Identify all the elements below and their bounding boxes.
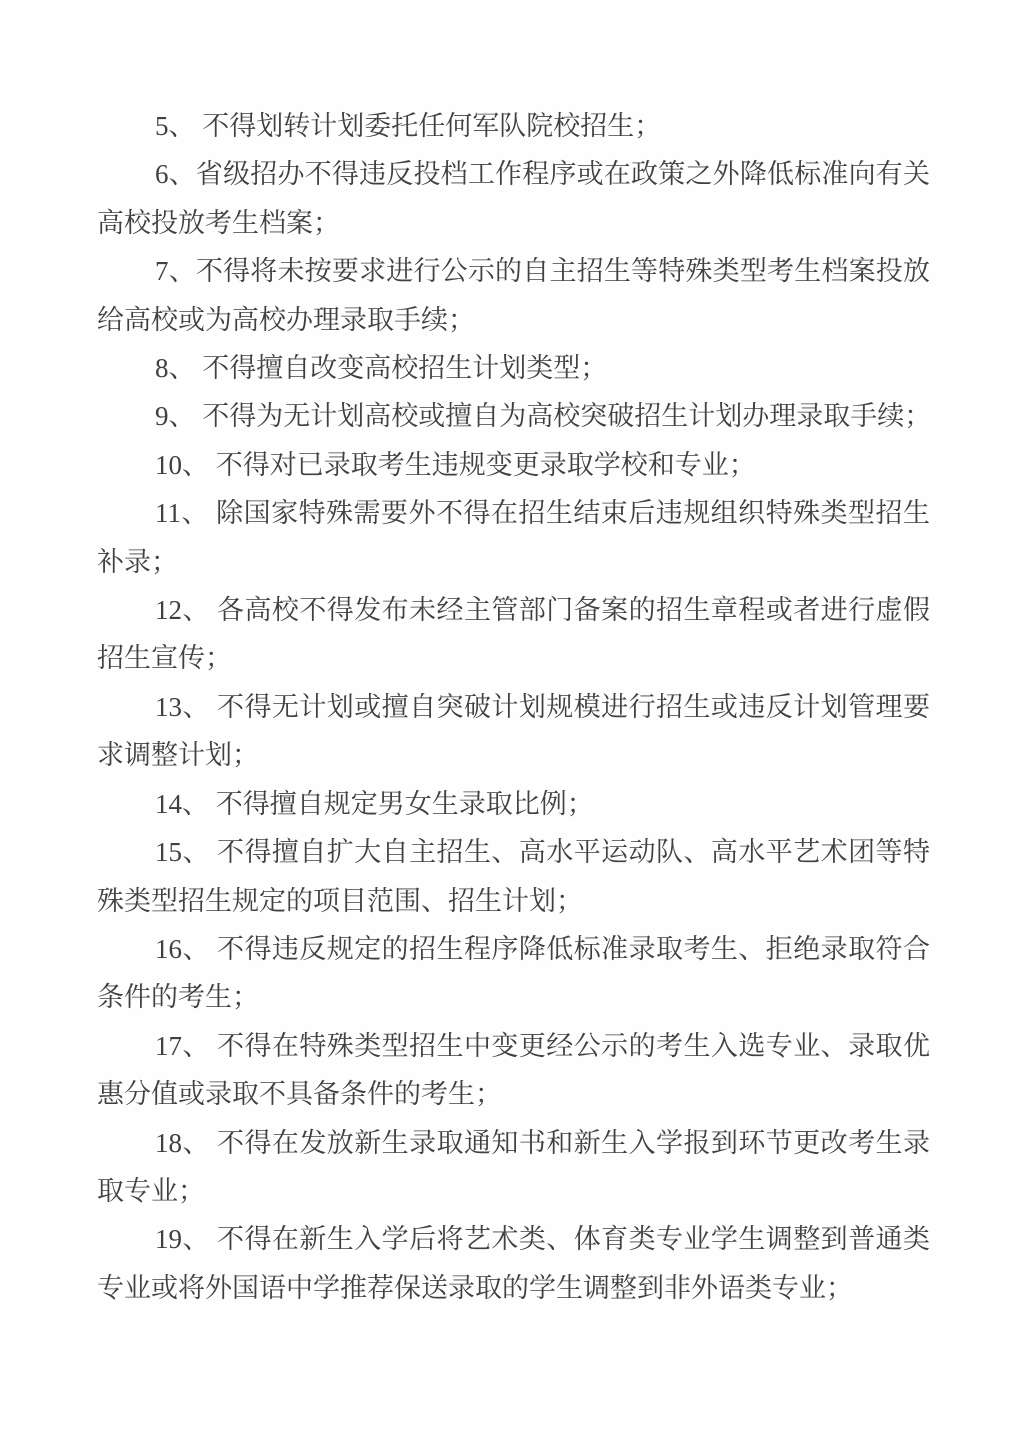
text-line: 7、不得将未按要求进行公示的自主招生等特殊类型考生档案投放 — [97, 247, 930, 295]
text-line: 15、 不得擅自扩大自主招生、高水平运动队、高水平艺术团等特 — [97, 828, 930, 876]
numbered-paragraph: 8、 不得擅自改变高校招生计划类型； — [97, 344, 930, 392]
numbered-paragraph: 17、 不得在特殊类型招生中变更经公示的考生入选专业、录取优惠分值或录取不具备条… — [97, 1022, 930, 1119]
text-line: 12、 各高校不得发布未经主管部门备案的招生章程或者进行虚假 — [97, 586, 930, 634]
document-body: 5、 不得划转计划委托任何军队院校招生；6、省级招办不得违反投档工作程序或在政策… — [97, 102, 930, 1312]
numbered-paragraph: 11、 除国家特殊需要外不得在招生结束后违规组织特殊类型招生补录； — [97, 489, 930, 586]
text-line: 8、 不得擅自改变高校招生计划类型； — [97, 344, 930, 392]
text-line: 专业或将外国语中学推荐保送录取的学生调整到非外语类专业； — [97, 1264, 930, 1312]
numbered-paragraph: 12、 各高校不得发布未经主管部门备案的招生章程或者进行虚假招生宣传； — [97, 586, 930, 683]
numbered-paragraph: 5、 不得划转计划委托任何军队院校招生； — [97, 102, 930, 150]
numbered-paragraph: 19、 不得在新生入学后将艺术类、体育类专业学生调整到普通类专业或将外国语中学推… — [97, 1215, 930, 1312]
text-line: 5、 不得划转计划委托任何军队院校招生； — [97, 102, 930, 150]
text-line: 求调整计划； — [97, 731, 930, 779]
text-line: 殊类型招生规定的项目范围、招生计划； — [97, 877, 930, 925]
text-line: 14、 不得擅自规定男女生录取比例； — [97, 780, 930, 828]
text-line: 10、 不得对已录取考生违规变更录取学校和专业； — [97, 441, 930, 489]
text-line: 11、 除国家特殊需要外不得在招生结束后违规组织特殊类型招生 — [97, 489, 930, 537]
numbered-paragraph: 14、 不得擅自规定男女生录取比例； — [97, 780, 930, 828]
text-line: 招生宣传； — [97, 634, 930, 682]
text-line: 惠分值或录取不具备条件的考生； — [97, 1070, 930, 1118]
numbered-paragraph: 6、省级招办不得违反投档工作程序或在政策之外降低标准向有关高校投放考生档案； — [97, 150, 930, 247]
text-line: 19、 不得在新生入学后将艺术类、体育类专业学生调整到普通类 — [97, 1215, 930, 1263]
numbered-paragraph: 13、 不得无计划或擅自突破计划规模进行招生或违反计划管理要求调整计划； — [97, 683, 930, 780]
text-line: 18、 不得在发放新生录取通知书和新生入学报到环节更改考生录 — [97, 1119, 930, 1167]
text-line: 补录； — [97, 538, 930, 586]
text-line: 取专业； — [97, 1167, 930, 1215]
text-line: 16、 不得违反规定的招生程序降低标准录取考生、拒绝录取符合 — [97, 925, 930, 973]
text-line: 给高校或为高校办理录取手续； — [97, 296, 930, 344]
text-line: 6、省级招办不得违反投档工作程序或在政策之外降低标准向有关 — [97, 150, 930, 198]
text-line: 17、 不得在特殊类型招生中变更经公示的考生入选专业、录取优 — [97, 1022, 930, 1070]
numbered-paragraph: 9、 不得为无计划高校或擅自为高校突破招生计划办理录取手续； — [97, 392, 930, 440]
text-line: 9、 不得为无计划高校或擅自为高校突破招生计划办理录取手续； — [97, 392, 930, 440]
numbered-paragraph: 10、 不得对已录取考生违规变更录取学校和专业； — [97, 441, 930, 489]
numbered-paragraph: 16、 不得违反规定的招生程序降低标准录取考生、拒绝录取符合条件的考生； — [97, 925, 930, 1022]
text-line: 13、 不得无计划或擅自突破计划规模进行招生或违反计划管理要 — [97, 683, 930, 731]
text-line: 条件的考生； — [97, 973, 930, 1021]
numbered-paragraph: 7、不得将未按要求进行公示的自主招生等特殊类型考生档案投放给高校或为高校办理录取… — [97, 247, 930, 344]
numbered-paragraph: 18、 不得在发放新生录取通知书和新生入学报到环节更改考生录取专业； — [97, 1119, 930, 1216]
numbered-paragraph: 15、 不得擅自扩大自主招生、高水平运动队、高水平艺术团等特殊类型招生规定的项目… — [97, 828, 930, 925]
text-line: 高校投放考生档案； — [97, 199, 930, 247]
document-page: 5、 不得划转计划委托任何军队院校招生；6、省级招办不得违反投档工作程序或在政策… — [0, 0, 1024, 1448]
